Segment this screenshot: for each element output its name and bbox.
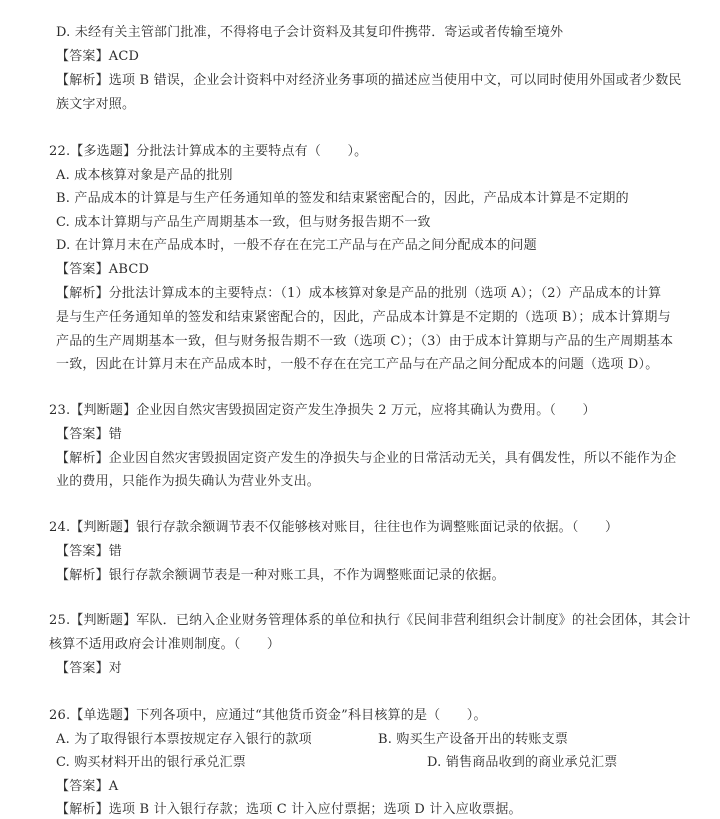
- analysis: 【解析】选项 B 错误，企业会计资料中对经济业务事项的描述应当使用中文，可以同时…: [56, 72, 682, 90]
- option-d: D. 未经有关主管部门批准，不得将电子会计资料及其复印件携带．寄运或者传输至境外: [56, 24, 563, 42]
- answer: 【答案】对: [56, 660, 122, 678]
- option-a: A. 成本核算对象是产品的批别: [56, 167, 233, 185]
- question-stem-22: 22.【多选题】分批法计算成本的主要特点有（ ）。: [49, 143, 367, 161]
- analysis-cont: 是与生产任务通知单的签发和结束紧密配合的，因此，产品成本计算是不定期的（选项 B…: [56, 309, 671, 327]
- answer: 【答案】ACD: [56, 48, 139, 66]
- question-stem-24: 24.【判断题】银行存款余额调节表不仅能够核对账目，往往也作为调整账面记录的依据…: [49, 519, 618, 537]
- answer: 【答案】ABCD: [56, 261, 149, 279]
- answer: 【答案】A: [56, 778, 118, 796]
- question-stem-25-cont: 核算不适用政府会计准则制度。（ ）: [49, 636, 280, 654]
- document-page: D. 未经有关主管部门批准，不得将电子会计资料及其复印件携带．寄运或者传输至境外…: [0, 0, 720, 819]
- analysis-cont: 业的费用，只能作为损失确认为营业外支出。: [56, 473, 320, 491]
- option-b: B. 购买生产设备开出的转账支票: [378, 731, 568, 749]
- analysis-cont: 产品的生产周期基本一致，但与财务报告期不一致（选项 C）；（3）由于成本计算期与…: [56, 333, 673, 351]
- analysis: 【解析】分批法计算成本的主要特点：（1）成本核算对象是产品的批别（选项 A）；（…: [56, 285, 661, 303]
- option-b: B. 产品成本的计算是与生产任务通知单的签发和结束紧密配合的，因此，产品成本计算…: [56, 190, 629, 208]
- analysis: 【解析】银行存款余额调节表是一种对账工具，不作为调整账面记录的依据。: [56, 567, 505, 585]
- analysis-cont: 族文字对照。: [56, 96, 135, 114]
- question-stem-26: 26.【单选题】下列各项中，应通过“其他货币资金”科目核算的是（ ）。: [49, 707, 487, 725]
- question-stem-25: 25.【判断题】军队．已纳入企业财务管理体系的单位和执行《民间非营利组织会计制度…: [49, 612, 691, 630]
- option-d: D. 销售商品收到的商业承兑汇票: [427, 754, 617, 772]
- option-c: C. 购买材料开出的银行承兑汇票: [56, 754, 246, 772]
- option-a: A. 为了取得银行本票按规定存入银行的款项: [56, 731, 312, 749]
- option-d: D. 在计算月末在产品成本时，一般不存在在完工产品与在产品之间分配成本的问题: [56, 237, 537, 255]
- answer: 【答案】错: [56, 543, 122, 561]
- answer: 【答案】错: [56, 426, 122, 444]
- question-stem-23: 23.【判断题】企业因自然灾害毁损固定资产发生净损失 2 万元，应将其确认为费用…: [49, 402, 596, 420]
- analysis: 【解析】企业因自然灾害毁损固定资产发生的净损失与企业的日常活动无关，具有偶发性，…: [56, 450, 676, 468]
- analysis-cont: 一致，因此在计算月末在产品成本时，一般不存在在完工产品与在产品之间分配成本的问题…: [56, 356, 658, 374]
- analysis: 【解析】选项 B 计入银行存款；选项 C 计入应付票据；选项 D 计入应收票据。: [56, 801, 522, 819]
- option-c: C. 成本计算期与产品生产周期基本一致，但与财务报告期不一致: [56, 214, 431, 232]
